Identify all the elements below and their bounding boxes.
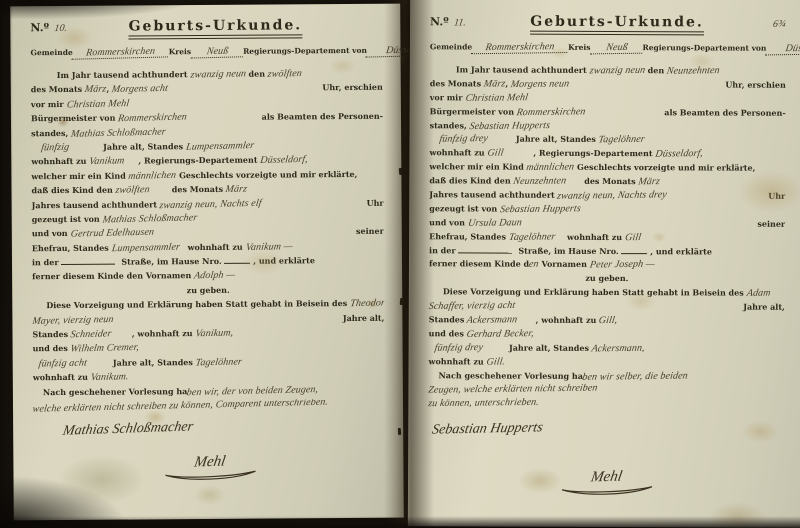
- printed-text: Uhr, erschien: [725, 79, 785, 89]
- printed-text: den: [246, 69, 268, 79]
- form-line: des Monats März, Morgens neunUhr, erschi…: [430, 78, 786, 93]
- printed-text: ferner diesem Kinde den Vornamen: [32, 271, 194, 282]
- binding-stitch: [400, 298, 404, 305]
- printed-text: und von: [429, 217, 468, 227]
- departement-label: Regierungs-Departement von: [243, 46, 367, 56]
- departement-label: Regierungs-Departement von: [642, 43, 766, 53]
- scanned-register-photo: N.º 10. Geburts-Urkunde. Gemeinde Rommer…: [0, 0, 800, 528]
- printed-text: , Regierungs-Departement: [138, 155, 260, 166]
- handwritten-text: Theodor: [349, 298, 384, 310]
- printed-text: Jahre alt,: [343, 312, 385, 322]
- handwritten-text: Vanikum —: [245, 241, 293, 253]
- spacer: [187, 120, 262, 121]
- handwritten-text: Rommerskirchen: [117, 112, 187, 125]
- printed-text: wohnhaft zu: [188, 241, 246, 251]
- handwritten-text: ben wir selber, die beiden: [582, 370, 689, 382]
- gemeinde-value: Rommerskirchen: [471, 41, 569, 54]
- printed-text: in der: [429, 245, 458, 255]
- handwritten-text: en: [528, 259, 539, 270]
- handwritten-text: März: [84, 84, 107, 96]
- form-line: zu geben.: [429, 273, 785, 288]
- record-number: N.º 10.: [30, 16, 118, 36]
- printed-text: vor mir: [430, 92, 466, 102]
- printed-text: des Monats: [31, 84, 85, 94]
- registrar-signature: Mehl: [428, 465, 784, 498]
- printed-text: welcher mir ein Kind: [31, 170, 128, 181]
- form-line: wohnhaft zu Gill, Regierungs-Departement…: [429, 148, 785, 163]
- printed-text: gezeugt ist von: [32, 214, 103, 224]
- handwritten-text: zu können, unterschrieben.: [428, 398, 539, 410]
- printed-text: vor mir: [31, 99, 67, 109]
- handwritten-text: Gill: [487, 148, 505, 159]
- handwritten-text: Adolph —: [193, 270, 236, 282]
- handwritten-text: Mathias Schloßmacher: [102, 212, 198, 225]
- printed-text: wohnhaft zu: [31, 156, 89, 166]
- handwritten-text: Gill,: [598, 315, 618, 326]
- handwritten-text: März: [225, 184, 248, 196]
- handwritten-text: männlichen: [128, 170, 177, 182]
- handwritten-text: fünfzig: [40, 142, 69, 154]
- handwritten-text: Vanikum: [88, 156, 125, 168]
- number-value: 10.: [53, 23, 67, 34]
- page-content: N.º 10. Geburts-Urkunde. Gemeinde Rommer…: [10, 4, 404, 521]
- binding-stitch: [398, 428, 401, 435]
- title-text: Geburts-Urkunde.: [530, 14, 704, 33]
- form-line: Bürgermeister von Rommerskirchenals Beam…: [430, 106, 786, 121]
- form-line: Ehefrau, Standes Tagelöhnerwohnhaft zu G…: [429, 231, 785, 246]
- printed-text: ferner diesem Kinde d: [429, 259, 529, 269]
- printed-text: und des: [429, 328, 467, 338]
- departement-value: Düsseldorf: [765, 42, 800, 55]
- printed-text: Uhr: [367, 197, 384, 207]
- handwritten-text: Lumpensammler: [185, 140, 255, 153]
- blank-rule: [622, 246, 648, 254]
- form-line: Nach geschehener Vorlesung haben wir sel…: [428, 370, 784, 385]
- form-line: und des Gerhard Becker,: [429, 328, 785, 343]
- kreis-label: Kreis: [568, 43, 590, 52]
- handwritten-text: welche erklärten nicht schreiben zu könn…: [33, 399, 329, 415]
- form-line: welche erklärten nicht schreiben zu könn…: [33, 399, 385, 416]
- printed-text: und von: [32, 228, 71, 238]
- printed-text: Nach geschehener Vorlesung ha: [43, 386, 187, 397]
- binding-stitch: [399, 168, 403, 175]
- printed-text: als Beamten des Personen-: [262, 111, 383, 122]
- page-content: N.º 11. Geburts-Urkunde. 6¾ Gemeinde Rom…: [408, 0, 800, 528]
- printed-text: zu geben.: [585, 273, 628, 283]
- page-title: Geburts-Urkunde.: [118, 14, 312, 39]
- printed-text: und des: [33, 343, 71, 353]
- printed-text: seiner: [757, 218, 785, 228]
- handwritten-text: März: [483, 78, 506, 89]
- printed-text: Geschlechts vorzeigte und mir erklärte,: [176, 169, 357, 180]
- printed-text: welcher mir ein Kind: [429, 161, 526, 171]
- form-line: fünfzig dreyJahre alt, Standes Tagelöhne…: [429, 134, 785, 149]
- printed-text: Ehefrau, Standes: [32, 242, 112, 253]
- printed-text: Im Jahr tausend achthundert: [57, 69, 191, 80]
- handwritten-text: Christian Mehl: [66, 98, 130, 111]
- handwritten-text: Zeugen, welche erklärten nicht schreiben: [428, 384, 598, 396]
- printed-text: daß dies Kind den: [429, 175, 513, 185]
- printed-text: Jahre alt, Standes: [103, 141, 186, 152]
- form-line: standes, Sebastian Hupperts: [430, 120, 786, 135]
- record-number: N.º 11.: [430, 10, 518, 29]
- printed-text: seiner: [356, 226, 384, 236]
- printed-text: Bürgermeister von: [430, 106, 517, 116]
- handwritten-text: Wilhelm Cremer,: [70, 342, 140, 355]
- printed-text: , wohnhaft zu: [536, 315, 600, 325]
- number-label: N.º: [30, 21, 49, 34]
- handwritten-text: Mayer, vierzig neun: [32, 314, 114, 327]
- form-line: zu können, unterschrieben.: [428, 398, 784, 413]
- form-body: Im Jahr tausend achthundert zwanzig neun…: [31, 68, 385, 416]
- spacer: [515, 309, 743, 310]
- certificate-page-right: N.º 11. Geburts-Urkunde. 6¾ Gemeinde Rom…: [408, 0, 800, 528]
- printed-text: Uhr: [768, 191, 785, 201]
- printed-text: Diese Vorzeigung und Erklärung haben Sta…: [46, 298, 350, 310]
- handwritten-text: Gerhard Becker,: [466, 328, 535, 340]
- printed-text: Nach geschehener Vorlesung ha: [438, 370, 582, 381]
- spacer: [168, 91, 322, 92]
- printed-text: des Monats: [172, 184, 226, 194]
- locality-row: Gemeinde Rommerskirchen Kreis Neuß Regie…: [430, 41, 786, 55]
- handwritten-text: fünfzig acht: [38, 357, 88, 369]
- form-line: wohnhaft zu Gill.: [429, 356, 785, 371]
- printed-text: Jahre alt,: [743, 302, 785, 312]
- printed-text: , und erklärte: [250, 255, 315, 265]
- printed-text: Jahre alt, Standes: [113, 357, 196, 368]
- printed-text: wohnhaft zu: [567, 232, 625, 242]
- locality-row: Gemeinde Rommerskirchen Kreis Neuß Regie…: [30, 45, 382, 59]
- form-line: vor mir Christian Mehl: [430, 92, 786, 107]
- blank-rule: [224, 256, 250, 264]
- form-body: Im Jahr tausend achthundert zwanzig neun…: [428, 64, 786, 413]
- binding-stitch: [401, 56, 405, 63]
- handwritten-text: Gill.: [486, 356, 506, 367]
- spacer: [521, 225, 757, 226]
- handwritten-text: Tagelöhner: [195, 356, 243, 368]
- handwritten-text: zwölften: [267, 68, 303, 80]
- handwritten-text: Peter Joseph —: [589, 259, 655, 271]
- printed-text: Im Jahr tausend achthundert: [456, 64, 590, 75]
- registrar-signature: Mehl: [33, 450, 385, 483]
- handwritten-text: Düsseldorf,: [260, 154, 309, 166]
- handwritten-text: Vanikum,: [195, 328, 234, 340]
- printed-text: Uhr, erschien: [322, 82, 383, 92]
- number-value: 11.: [453, 17, 467, 28]
- handwritten-text: Tagelöhner: [508, 231, 556, 243]
- title-text: Geburts-Urkunde.: [129, 17, 303, 36]
- handwritten-text: männlichen: [526, 162, 575, 174]
- printed-text: standes,: [31, 128, 71, 138]
- page-header: N.º 10. Geburts-Urkunde.: [30, 14, 382, 40]
- certificate-page-left: N.º 10. Geburts-Urkunde. Gemeinde Rommer…: [10, 4, 404, 521]
- printed-text: , wohnhaft zu: [132, 328, 196, 338]
- form-line: Schaffer, vierzig achtJahre alt,: [429, 300, 785, 315]
- printed-text: wohnhaft zu: [429, 356, 487, 366]
- printed-text: Geschlechts vorzeigte und mir erklärte,: [574, 162, 755, 173]
- form-line: und von Ursula Daunseiner: [429, 217, 785, 232]
- corner-note: [312, 14, 382, 33]
- printed-text: standes,: [430, 120, 470, 130]
- printed-text: Jahres tausend achthundert: [429, 189, 557, 200]
- printed-text: Jahres tausend achthundert: [32, 199, 160, 210]
- printed-text: Jahre alt, Standes: [509, 342, 592, 352]
- gemeinde-label: Gemeinde: [31, 48, 73, 57]
- printed-text: gezeugt ist von: [429, 203, 500, 213]
- blank-rule: [61, 257, 115, 265]
- handwritten-text: Adam: [746, 288, 771, 299]
- printed-text: Straße, im Hause Nro.: [518, 245, 621, 255]
- printed-text: wohnhaft zu: [429, 148, 487, 158]
- spacer: [569, 87, 725, 88]
- form-line: ferner diesem Kinde den Vornamen Peter J…: [429, 259, 785, 274]
- printed-text: wohnhaft zu: [33, 372, 91, 382]
- handwritten-text: März: [638, 176, 661, 187]
- handwritten-text: Gill: [624, 232, 642, 243]
- handwritten-text: zwanzig neun, Nachts drey: [557, 189, 668, 201]
- gemeinde-value: Rommerskirchen: [72, 45, 170, 59]
- printed-text: zu geben.: [187, 285, 230, 295]
- printed-text: Straße, im Hause Nro.: [121, 256, 224, 267]
- handwritten-text: Ackersmann: [466, 314, 518, 326]
- spacer: [113, 321, 342, 323]
- printed-text: Standes: [32, 329, 71, 339]
- handwritten-text: Morgens neun: [510, 78, 570, 90]
- printed-text: in der: [32, 257, 61, 267]
- printed-text: Standes: [429, 314, 467, 324]
- handwritten-text: Lumpensammler: [111, 241, 181, 254]
- handwritten-text: Mathias Schloßmacher: [70, 126, 166, 139]
- printed-text: , Regierungs-Departement: [533, 148, 655, 159]
- page-header: N.º 11. Geburts-Urkunde. 6¾: [430, 10, 786, 36]
- handwritten-text: fünfzig drey: [439, 134, 489, 145]
- handwritten-text: Sebastian Hupperts: [499, 203, 581, 215]
- printed-text: Bürgermeister von: [31, 113, 118, 124]
- form-line: Standes Ackersmann, wohnhaft zu Gill,: [429, 314, 785, 329]
- kreis-value: Neuß: [590, 42, 644, 55]
- form-line: Im Jahr tausend achthundert zwanzig neun…: [430, 64, 786, 79]
- handwritten-text: Neunzehnten: [513, 175, 568, 187]
- printed-text: als Beamten des Personen-: [664, 107, 785, 118]
- handwritten-text: zwanzig neun, Nachts elf: [159, 197, 263, 210]
- form-line: Zeugen, welche erklärten nicht schreiben: [428, 384, 784, 399]
- printed-text: daß dies Kind den: [31, 185, 115, 196]
- printed-text: des Monats: [584, 176, 638, 186]
- printed-text: Diese Vorzeigung und Erklärung haben Sta…: [443, 287, 747, 298]
- blank-rule: [458, 245, 512, 253]
- handwritten-text: zwanzig neun: [190, 68, 247, 80]
- handwritten-text: Sebastian Hupperts: [469, 120, 551, 132]
- page-title: Geburts-Urkunde.: [518, 11, 716, 36]
- form-line: in der Straße, im Hause Nro. , und erklä…: [429, 245, 785, 260]
- printed-text: den: [645, 65, 667, 75]
- handwritten-text: Düsseldorf,: [654, 148, 703, 160]
- spacer: [262, 205, 367, 206]
- handwritten-text: Morgens acht: [111, 83, 169, 95]
- handwritten-text: Ursula Daun: [467, 217, 522, 229]
- handwritten-text: Christian Mehl: [464, 92, 528, 104]
- handwritten-text: fünfzig drey: [434, 342, 484, 353]
- kreis-label: Kreis: [169, 47, 191, 56]
- declarant-signature: Sebastian Hupperts: [432, 418, 784, 440]
- handwritten-text: Neunzehnten: [666, 65, 721, 77]
- form-line: welcher mir ein Kind männlichen Geschlec…: [429, 161, 785, 176]
- handwritten-text: Tagelöhner: [598, 134, 646, 146]
- gemeinde-label: Gemeinde: [430, 42, 472, 51]
- form-line: Jahres tausend achthundert zwanzig neun,…: [429, 189, 785, 204]
- corner-note: 6¾: [716, 11, 786, 30]
- printed-text: Jahre alt, Standes: [516, 134, 599, 144]
- declarant-signature: Mathias Schloßmacher: [63, 416, 385, 438]
- handwritten-text: Vanikum.: [90, 371, 129, 383]
- form-line: Diese Vorzeigung und Erklärung haben Sta…: [429, 286, 785, 301]
- number-label: N.º: [430, 15, 449, 28]
- printed-text: des Monats: [430, 78, 484, 88]
- kreis-value: Neuß: [190, 45, 244, 58]
- handwritten-text: Gertrud Edelhausen: [70, 227, 155, 240]
- form-line: fünfzig dreyJahre alt, Standes Ackersman…: [429, 342, 785, 357]
- handwritten-text: zwölften: [115, 184, 151, 196]
- handwritten-text: Ackersmann,: [591, 343, 646, 355]
- handwritten-text: Rommerskirchen: [516, 106, 587, 118]
- printed-text: Ehefrau, Standes: [429, 231, 509, 241]
- form-line: daß dies Kind den Neunzehntendes Monats …: [429, 175, 785, 190]
- form-line: gezeugt ist von Sebastian Hupperts: [429, 203, 785, 218]
- handwritten-text: ben wir, der von beiden Zeugen,: [186, 384, 319, 398]
- handwritten-text: Schaffer, vierzig acht: [429, 300, 516, 312]
- handwritten-text: zwanzig neun: [589, 65, 646, 77]
- spacer: [154, 234, 356, 235]
- handwritten-text: Schneider: [70, 328, 112, 340]
- printed-text: Vornamen: [539, 259, 590, 269]
- printed-text: , und erklärte: [647, 246, 711, 256]
